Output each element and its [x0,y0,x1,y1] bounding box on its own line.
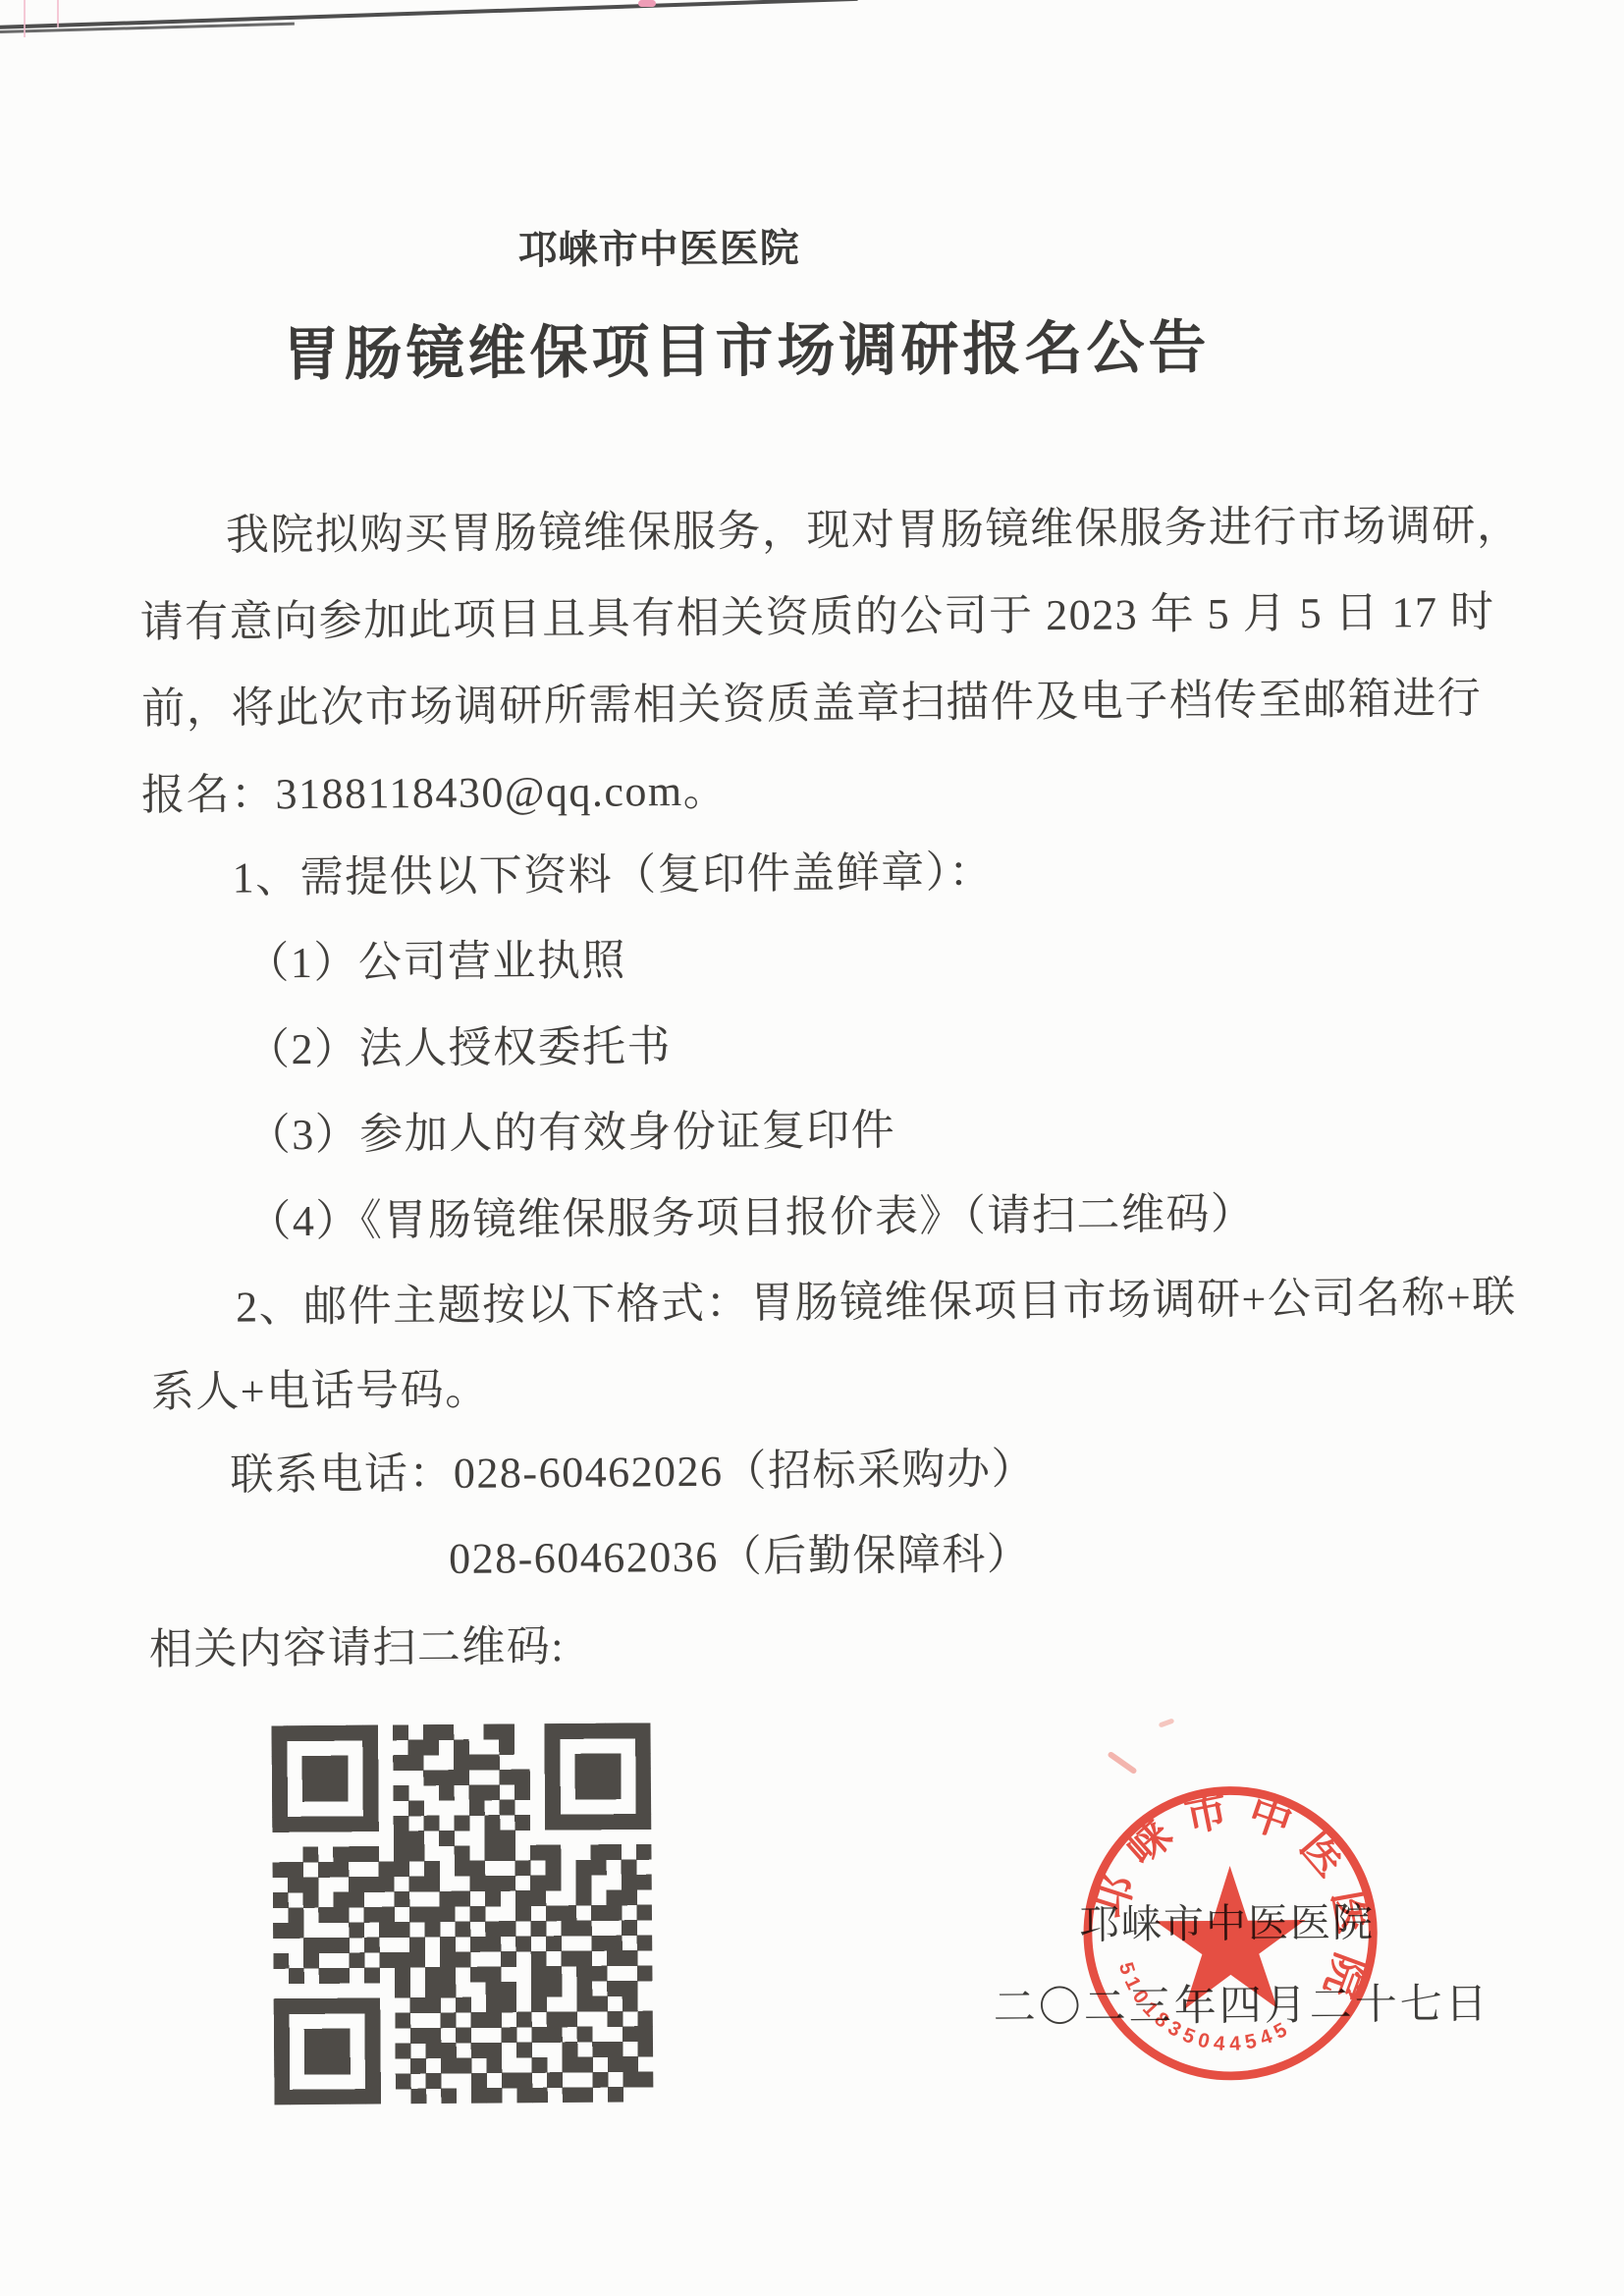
star-icon [1155,1865,1306,2009]
list-item-id-copy: （3）参加人的有效身份证复印件 [246,1094,895,1162]
list-item-quote-form: （4）《胃肠镜维保服务项目报价表》（请扫二维码） [247,1177,1255,1248]
document-subtitle: 胃肠镜维保项目市场调研报名公告 [282,301,1211,391]
document-content: 邛崃市中医医院 胃肠镜维保项目市场调研报名公告 我院拟购买胃肠镜维保服务，现对胃… [0,0,1624,2296]
list-item-authorization: （2）法人授权委托书 [246,1011,672,1076]
body-line-submission: 前，将此次市场调研所需相关资质盖章扫描件及电子档传至邮箱进行 [141,663,1482,737]
list-item-2-subject: 2、邮件主题按以下格式：胃肠镜维保项目市场调研+公司名称+联 [236,1261,1517,1334]
body-line-deadline: 请有意向参加此项目且具有相关资质的公司于 2023 年 5 月 5 日 17 时 [139,576,1494,650]
qr-code [271,1722,653,2105]
document-title: 邛崃市中医医院 [517,217,799,275]
qr-instruction: 相关内容请扫二维码: [149,1611,566,1676]
contact-phone-2: 028-60462036（后勤保障科） [449,1518,1032,1586]
body-line-email: 报名：3188118430@qq.com。 [141,755,729,823]
list-item-2-subject-wrap: 系人+电话号码。 [150,1354,489,1420]
official-seal: 邛崃市中医医院 5101835044545 [1077,1779,1383,2086]
contact-phone-1: 联系电话：028-60462026（招标采购办） [230,1433,1036,1502]
scanned-document: 邛崃市中医医院 胃肠镜维保项目市场调研报名公告 我院拟购买胃肠镜维保服务，现对胃… [0,0,1624,2296]
body-line-intro: 我院拟购买胃肠镜维保服务，现对胃肠镜维保服务进行市场调研， [226,489,1522,562]
list-item-license: （1）公司营业执照 [245,924,626,990]
list-item-1-header: 1、需提供以下资料（复印件盖鲜章）： [232,837,993,905]
